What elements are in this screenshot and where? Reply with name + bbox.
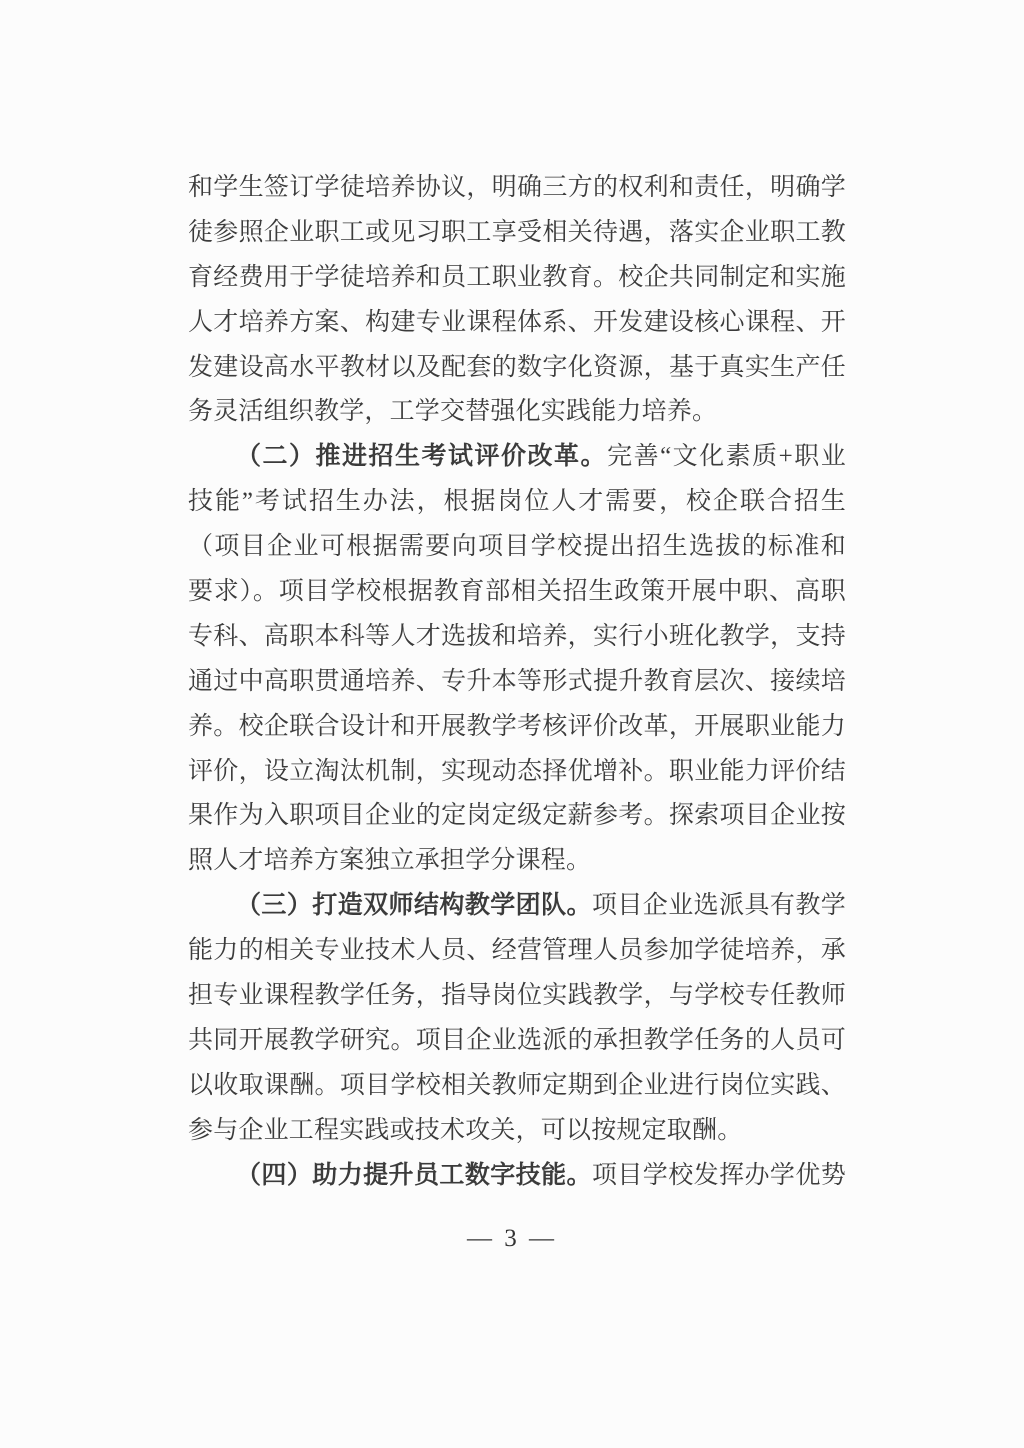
text-line: 人才培养方案、构建专业课程体系、开发建设核心课程、开 [188, 301, 846, 346]
line-text: 育经费用于学徒培养和员工职业教育。校企共同制定和实施 [188, 264, 846, 291]
text-line: 评价，设立淘汰机制，实现动态择优增补。职业能力评价结 [188, 750, 846, 795]
line-text: （项目企业可根据需要向项目学校提出招生选拔的标准和 [188, 533, 846, 560]
line-text: 人才培养方案、构建专业课程体系、开发建设核心课程、开 [188, 309, 846, 336]
line-text: 参与企业工程实践或技术攻关，可以按规定取酬。 [188, 1117, 742, 1144]
text-line: 育经费用于学徒培养和员工职业教育。校企共同制定和实施 [188, 256, 846, 301]
text-line: 照人才培养方案独立承担学分课程。 [188, 839, 846, 884]
section-heading: （四）助力提升员工数字技能。 [236, 1162, 592, 1189]
line-text: 以收取课酬。项目学校相关教师定期到企业进行岗位实践、 [188, 1072, 846, 1099]
document-page: 和学生签订学徒培养协议，明确三方的权利和责任，明确学徒参照企业职工或见习职工享受… [0, 0, 1024, 1448]
line-text: 项目企业选派具有教学 [592, 892, 846, 919]
line-text: 徒参照企业职工或见习职工享受相关待遇，落实企业职工教 [188, 219, 846, 246]
text-line: 参与企业工程实践或技术攻关，可以按规定取酬。 [188, 1109, 846, 1154]
text-line: 发建设高水平教材以及配套的数字化资源，基于真实生产任 [188, 346, 846, 391]
text-line: 务灵活组织教学，工学交替强化实践能力培养。 [188, 390, 846, 435]
line-text: 要求）。项目学校根据教育部相关招生政策开展中职、高职 [188, 578, 846, 605]
line-text: 技能”考试招生办法，根据岗位人才需要，校企联合招生 [188, 488, 846, 515]
text-line: 能力的相关专业技术人员、经营管理人员参加学徒培养，承 [188, 929, 846, 974]
line-text: 务灵活组织教学，工学交替强化实践能力培养。 [188, 398, 717, 425]
text-line: 和学生签订学徒培养协议，明确三方的权利和责任，明确学 [188, 166, 846, 211]
line-text: 专科、高职本科等人才选拔和培养，实行小班化教学，支持 [188, 623, 846, 650]
text-line: 以收取课酬。项目学校相关教师定期到企业进行岗位实践、 [188, 1064, 846, 1109]
text-line: 养。校企联合设计和开展教学考核评价改革，开展职业能力 [188, 705, 846, 750]
section-heading: （三）打造双师结构教学团队。 [236, 892, 592, 919]
text-line: 要求）。项目学校根据教育部相关招生政策开展中职、高职 [188, 570, 846, 615]
text-line: 专科、高职本科等人才选拔和培养，实行小班化教学，支持 [188, 615, 846, 660]
line-text: 发建设高水平教材以及配套的数字化资源，基于真实生产任 [188, 354, 846, 381]
text-line: （四）助力提升员工数字技能。项目学校发挥办学优势 [188, 1154, 846, 1199]
line-text: 完善“文化素质+职业 [607, 443, 846, 470]
text-line: 担专业课程教学任务，指导岗位实践教学，与学校专任教师 [188, 974, 846, 1019]
section-heading: （二）推进招生考试评价改革。 [236, 443, 607, 470]
line-text: 和学生签订学徒培养协议，明确三方的权利和责任，明确学 [188, 174, 846, 201]
text-line: 共同开展教学研究。项目企业选派的承担教学任务的人员可 [188, 1019, 846, 1064]
text-line: （三）打造双师结构教学团队。项目企业选派具有教学 [188, 884, 846, 929]
line-text: 能力的相关专业技术人员、经营管理人员参加学徒培养，承 [188, 937, 846, 964]
text-line: 通过中高职贯通培养、专升本等形式提升教育层次、接续培 [188, 660, 846, 705]
text-line: 技能”考试招生办法，根据岗位人才需要，校企联合招生 [188, 480, 846, 525]
line-text: 照人才培养方案独立承担学分课程。 [188, 847, 591, 874]
line-text: 养。校企联合设计和开展教学考核评价改革，开展职业能力 [188, 713, 846, 740]
line-text: 项目学校发挥办学优势 [592, 1162, 846, 1189]
line-text: 评价，设立淘汰机制，实现动态择优增补。职业能力评价结 [188, 758, 846, 785]
line-text: 共同开展教学研究。项目企业选派的承担教学任务的人员可 [188, 1027, 846, 1054]
text-line: （二）推进招生考试评价改革。完善“文化素质+职业 [188, 435, 846, 480]
page-number: — 3 — [0, 1225, 1024, 1253]
line-text: 通过中高职贯通培养、专升本等形式提升教育层次、接续培 [188, 668, 846, 695]
text-line: （项目企业可根据需要向项目学校提出招生选拔的标准和 [188, 525, 846, 570]
document-body: 和学生签订学徒培养协议，明确三方的权利和责任，明确学徒参照企业职工或见习职工享受… [188, 166, 846, 1198]
line-text: 担专业课程教学任务，指导岗位实践教学，与学校专任教师 [188, 982, 846, 1009]
text-line: 徒参照企业职工或见习职工享受相关待遇，落实企业职工教 [188, 211, 846, 256]
line-text: 果作为入职项目企业的定岗定级定薪参考。探索项目企业按 [188, 802, 846, 829]
text-line: 果作为入职项目企业的定岗定级定薪参考。探索项目企业按 [188, 794, 846, 839]
